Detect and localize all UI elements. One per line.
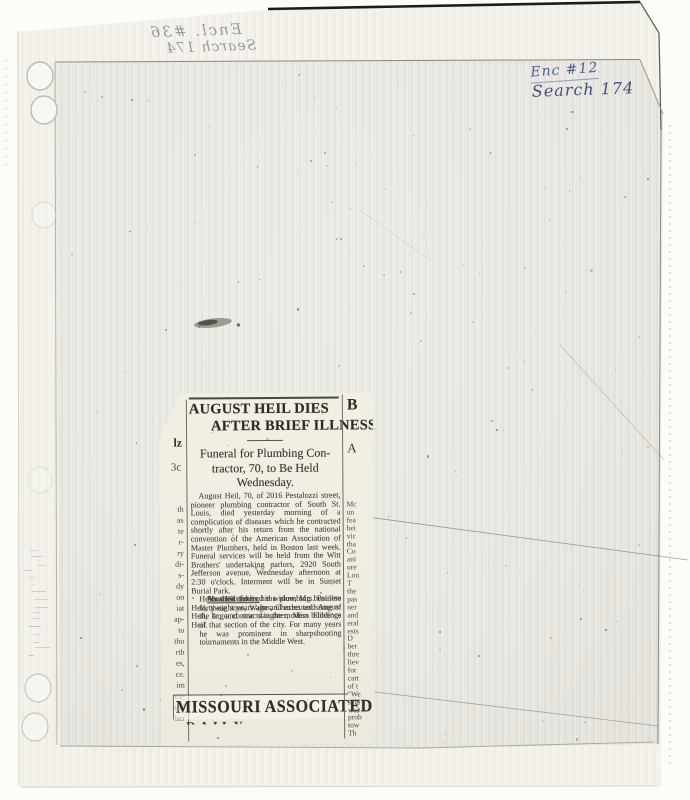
dust-speck [213,647,215,649]
dust-speck [374,428,376,430]
column-fragment: es, [173,658,185,669]
dust-speck [439,648,441,650]
dust-speck [576,738,578,740]
dust-speck [147,224,148,225]
dust-speck [297,170,298,171]
dust-speck [545,188,546,189]
right-column-fragments: B A McunfeabeivicthaCoanioreLouTthepasne… [345,392,375,744]
dust-speck [584,722,586,724]
banner-text: MISSOURI ASSOCIATED [176,696,334,718]
dust-speck [605,629,606,630]
dust-speck [206,638,207,639]
dust-speck [238,281,239,282]
dust-speck [363,265,365,267]
stamp-mark [30,550,38,551]
headline-line1: AUGUST HEIL DIES [189,400,341,418]
column-fragment: r- [172,537,184,548]
column-fragment: tractor, 70, to Be Held [189,460,341,476]
stamp-mark [32,618,40,619]
dust-speck [524,267,526,269]
dust-speck [101,161,102,162]
dust-speck [326,578,327,579]
dust-speck [472,321,473,322]
stamp-mark [33,642,39,643]
column-fragment: tho [173,636,185,647]
column-fragment: rth [173,647,185,658]
dust-speck [491,420,493,422]
dust-speck [456,475,457,476]
dust-speck [340,238,342,240]
dust-speck [131,99,133,101]
dust-speck [442,742,443,743]
stamp-mark [33,612,40,613]
enclosure-annotation: Enc #12 Search 174 [530,54,635,102]
stamp-mark [35,647,50,648]
dust-speck [291,670,293,672]
dust-speck [217,737,219,739]
dust-speck [324,152,326,154]
headline-rule [247,440,283,441]
dust-speck [542,720,544,722]
dust-speck [469,128,471,130]
dust-speck [314,97,315,98]
banner-cutoff-text: DAILY [186,718,247,724]
dust-speck [99,593,101,595]
dust-speck [439,631,441,633]
search-number: Search 174 [531,78,634,101]
dust-speck [71,254,72,255]
dust-speck [478,655,480,657]
right-fragment-list: McunfeabeivicthaCoanioreLouTthepasnerand… [347,500,362,737]
column-fragment: ce. [173,669,185,680]
stamp-bleed-marks [24,548,54,666]
column-fragment: dy [173,581,185,592]
column-fragment: s- [172,570,184,581]
body-paragraph-1: August Heil, 70, of 2016 Pestalozzi stre… [190,491,341,595]
stamp-mark [34,634,40,635]
stamp-mark [31,584,35,585]
column-fragment: ap- [173,614,185,625]
dust-speck [282,83,284,85]
stamp-mark [32,591,46,592]
article-body: August Heil, 70, of 2016 Pestalozzi stre… [190,491,341,630]
article-column: AUGUST HEIL DIES AFTER BRIEF ILLNESS Fun… [189,392,343,745]
left-column-fragments: lz 3c thaster-rydi-s-dyoniatap-tothorthe… [159,394,187,746]
stamp-mark [29,626,41,627]
scanned-page: Encl. #36 Search 174 Enc #12 Search 174 … [0,0,690,800]
dust-speck [121,689,123,691]
newspaper-clipping: lz 3c thaster-rydi-s-dyoniatap-tothorthe… [159,392,375,745]
dust-speck [165,329,167,331]
column-fragment: di- [172,559,184,570]
dust-speck [194,154,196,156]
left-fragment-list: thaster-rydi-s-dyoniatap-tothorthes,ce.i… [172,504,185,724]
dust-speck [255,567,257,569]
dust-speck [638,607,639,608]
column-fragment: Funeral for Plumbing Con- [189,445,341,461]
dust-speck [136,665,138,667]
right-headline-fragment: B [347,396,358,414]
stamp-mark [35,607,48,608]
column-top-rule [189,396,339,399]
stamp-mark [24,570,33,571]
stamp-mark [29,577,35,578]
dust-speck [583,590,584,591]
dust-speck [101,96,103,98]
body-paragraph-2: A native of South St. Louis, Mr. Heil en… [191,595,341,596]
dust-speck [566,128,568,130]
column-fragment: on [173,592,185,603]
dust-speck [194,222,195,223]
right-subhead-fragment: A [347,440,357,456]
dust-speck [274,595,275,596]
dust-speck [232,534,234,536]
left-headline-fragment: lz [173,436,182,451]
stamp-mark [29,655,34,656]
dust-speck [259,279,260,280]
column-fragment: te [172,526,184,537]
column-fragment: to [173,625,185,636]
dust-speck [427,455,429,457]
dust-speck [197,716,199,718]
dust-speck [590,269,592,271]
dust-speck [507,367,509,369]
column-fragment: Th [348,730,362,738]
column-fragment: im [173,680,185,691]
dust-speck [221,609,223,611]
dust-speck [336,107,337,108]
dust-speck [638,336,640,338]
column-fragment: Wednesday. [189,474,341,490]
column-fragment: th [172,504,184,515]
dust-speck [350,208,351,209]
mirrored-annotation: Encl. #36 Search 174 [71,21,242,61]
article-subhead: Funeral for Plumbing Con-tractor, 70, to… [189,445,341,490]
dust-speck [455,471,456,472]
stamp-mark [38,565,46,566]
dust-speck [571,111,573,113]
dust-speck [355,469,356,470]
dust-speck [84,91,86,93]
stamp-mark [34,599,48,600]
dust-speck [307,699,308,700]
left-subhead-fragment: 3c [171,462,181,474]
dust-speck [247,654,249,656]
column-fragment: ry [172,548,184,559]
stamp-mark [31,556,43,557]
column-fragment: as [172,515,184,526]
column-fragment: iat [173,603,185,614]
article-headline: AUGUST HEIL DIES AFTER BRIEF ILLNESS [189,400,341,435]
dust-speck [143,708,145,710]
advert-banner: MISSOURI ASSOCIATED DAILY [173,693,348,719]
dust-speck [647,178,649,180]
